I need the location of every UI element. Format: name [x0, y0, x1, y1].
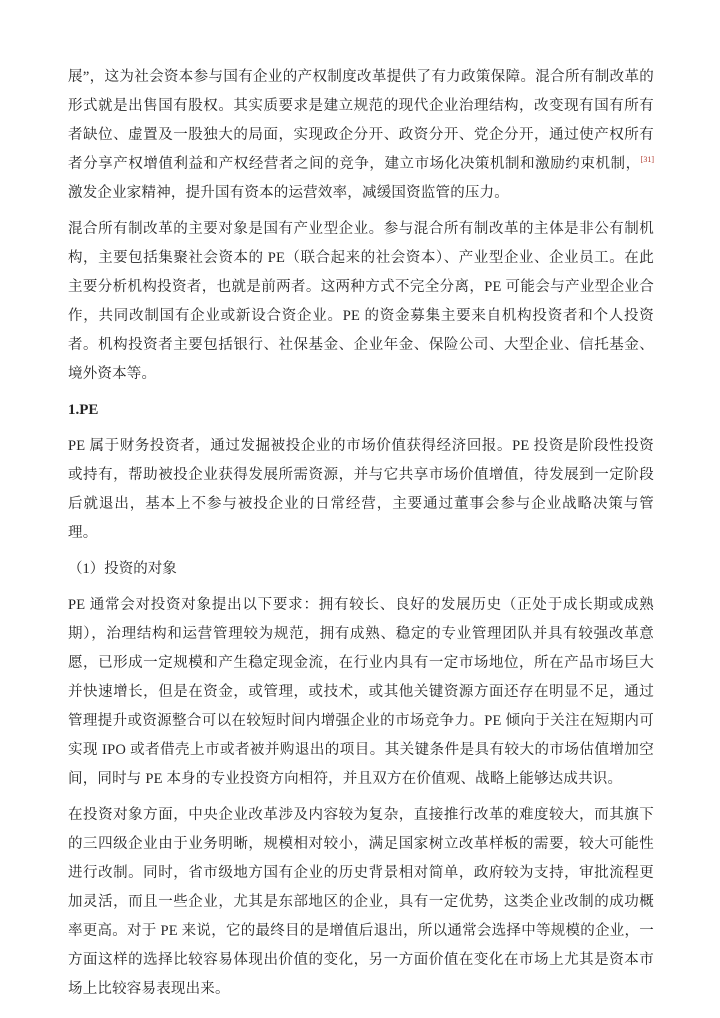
paragraph-policy-guarantee-text-before-citation: 展”，这为社会资本参与国有企业的产权制度改革提供了有力政策保障。混合所有制改革的…: [68, 69, 654, 172]
citation-reference-marker[interactable]: [31]: [641, 155, 654, 164]
document-page: 展”，这为社会资本参与国有企业的产权制度改革提供了有力政策保障。混合所有制改革的…: [0, 0, 720, 1018]
paragraph-investment-target-analysis: 在投资对象方面，中央企业改革涉及内容较为复杂，直接推行改革的难度较大，而其旗下的…: [68, 801, 654, 1004]
paragraph-pe-introduction: PE 属于财务投资者，通过发掘被投企业的市场价值获得经济回报。PE 投资是阶段性…: [68, 432, 654, 548]
paragraph-investment-requirements: PE 通常会对投资对象提出以下要求：拥有较长、良好的发展历史（正处于成长期或成熟…: [68, 591, 654, 794]
paragraph-policy-guarantee-text-after-citation: 激发企业家精神，提升国有资本的运营效率，减缓国资监管的压力。: [68, 185, 509, 201]
paragraph-reform-targets: 混合所有制改革的主要对象是国有产业型企业。参与混合所有制改革的主体是非公有制机构…: [68, 215, 654, 389]
heading-section-1-pe: 1.PE: [68, 396, 654, 425]
subheading-investment-targets: （1）投资的对象: [68, 555, 654, 584]
paragraph-policy-guarantee: 展”，这为社会资本参与国有企业的产权制度改革提供了有力政策保障。混合所有制改革的…: [68, 63, 654, 208]
